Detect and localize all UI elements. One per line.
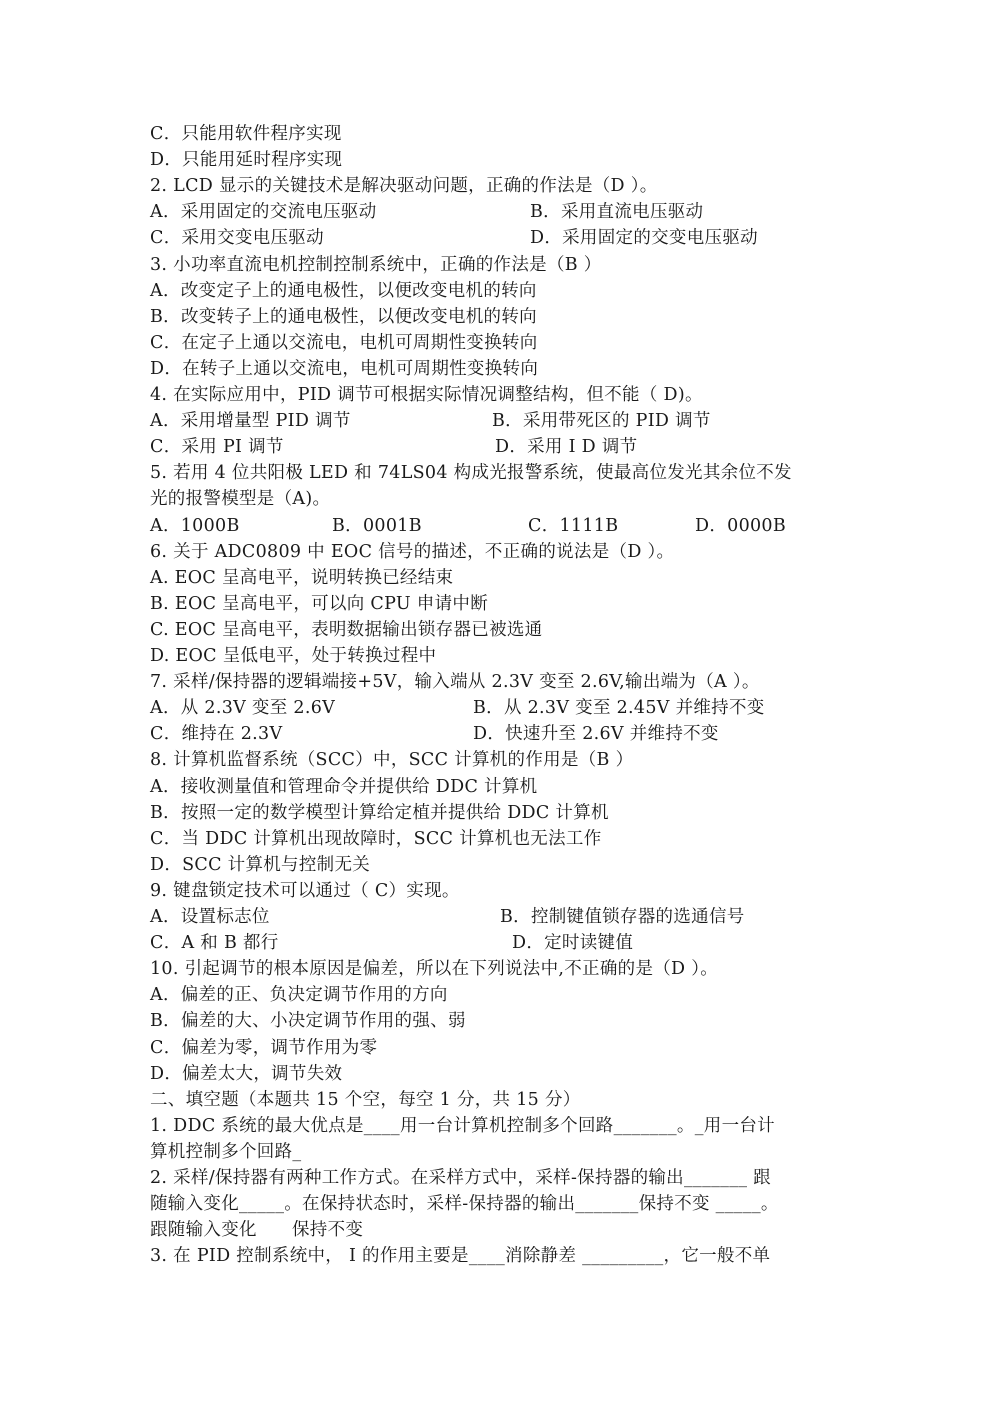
text-line: B．改变转子上的通电极性，以便改变电机的转向 bbox=[150, 304, 537, 330]
option-right: B．采用直流电压驱动 bbox=[530, 199, 703, 225]
text-line: A．从 2.3V 变至 2.6VB．从 2.3V 变至 2.45V 并维持不变 bbox=[150, 695, 870, 721]
text-line: D．偏差太大，调节失效 bbox=[150, 1061, 342, 1087]
option-left: C．采用 PI 调节 bbox=[150, 434, 284, 460]
text-line: 二、填空题（本题共 15 个空，每空 1 分，共 15 分） bbox=[150, 1087, 581, 1113]
text-line: 8. 计算机监督系统（SCC）中，SCC 计算机的作用是（B ） bbox=[150, 747, 633, 773]
option-left: C．维持在 2.3V bbox=[150, 721, 282, 747]
text-line: 3. 在 PID 控制系统中， I 的作用主要是____消除静差 _______… bbox=[150, 1243, 770, 1269]
text-line: C．A 和 B 都行D．定时读键值 bbox=[150, 930, 870, 956]
text-line: 2. LCD 显示的关键技术是解决驱动问题，正确的作法是（D ）。 bbox=[150, 173, 658, 199]
text-line: 随输入变化_____。在保持状态时，采样-保持器的输出_______保持不变 _… bbox=[150, 1191, 779, 1217]
text-line: D．SCC 计算机与控制无关 bbox=[150, 852, 370, 878]
option-left: C．采用交变电压驱动 bbox=[150, 225, 324, 251]
option-right: D．快速升至 2.6V 并维持不变 bbox=[473, 721, 719, 747]
text-line: A．改变定子上的通电极性，以便改变电机的转向 bbox=[150, 278, 537, 304]
text-line: 7. 采样/保持器的逻辑端接+5V，输入端从 2.3V 变至 2.6V,输出端为… bbox=[150, 669, 760, 695]
text-line: C．当 DDC 计算机出现故障时，SCC 计算机也无法工作 bbox=[150, 826, 602, 852]
text-line: 10. 引起调节的根本原因是偏差，所以在下列说法中,不正确的是（D ）。 bbox=[150, 956, 718, 982]
text-line: 光的报警模型是（A)。 bbox=[150, 486, 330, 512]
option: B．0001B bbox=[332, 513, 422, 539]
text-line: 跟随输入变化 保持不变 bbox=[150, 1217, 363, 1243]
text-line: A. EOC 呈高电平，说明转换已经结束 bbox=[150, 565, 453, 591]
text-line: 算机控制多个回路_ bbox=[150, 1139, 301, 1165]
option-left: A．采用增量型 PID 调节 bbox=[150, 408, 351, 434]
text-line: D．在转子上通以交流电，电机可周期性变换转向 bbox=[150, 356, 538, 382]
text-line: C. EOC 呈高电平，表明数据输出锁存器已被选通 bbox=[150, 617, 542, 643]
option: D．0000B bbox=[695, 513, 786, 539]
text-line: 4. 在实际应用中，PID 调节可根据实际情况调整结构，但不能（ D)。 bbox=[150, 382, 703, 408]
text-line: A．采用固定的交流电压驱动B．采用直流电压驱动 bbox=[150, 199, 870, 225]
text-line: C．在定子上通以交流电，电机可周期性变换转向 bbox=[150, 330, 538, 356]
text-line: 9. 键盘锁定技术可以通过（ C）实现。 bbox=[150, 878, 460, 904]
text-line: B．按照一定的数学模型计算给定植并提供给 DDC 计算机 bbox=[150, 800, 609, 826]
text-line: C．只能用软件程序实现 bbox=[150, 121, 342, 147]
text-line: C．偏差为零，调节作用为零 bbox=[150, 1035, 377, 1061]
option-right: D．采用固定的交变电压驱动 bbox=[530, 225, 758, 251]
text-line: A．1000BB．0001BC．1111BD．0000B bbox=[150, 513, 870, 539]
text-line: A．设置标志位B．控制键值锁存器的选通信号 bbox=[150, 904, 870, 930]
text-line: 5. 若用 4 位共阳极 LED 和 74LS04 构成光报警系统，使最高位发光… bbox=[150, 460, 792, 486]
text-line: A．接收测量值和管理命令并提供给 DDC 计算机 bbox=[150, 774, 537, 800]
text-line: C．采用交变电压驱动D．采用固定的交变电压驱动 bbox=[150, 225, 870, 251]
option-left: A．从 2.3V 变至 2.6V bbox=[150, 695, 335, 721]
option-left: A．采用固定的交流电压驱动 bbox=[150, 199, 377, 225]
text-line: A．偏差的正、负决定调节作用的方向 bbox=[150, 982, 448, 1008]
option: C．1111B bbox=[528, 513, 618, 539]
text-line: 6. 关于 ADC0809 中 EOC 信号的描述，不正确的说法是（D ）。 bbox=[150, 539, 674, 565]
option-right: D．定时读键值 bbox=[512, 930, 633, 956]
option-right: D．采用 I D 调节 bbox=[495, 434, 637, 460]
option-right: B．从 2.3V 变至 2.45V 并维持不变 bbox=[473, 695, 765, 721]
text-line: C．维持在 2.3VD．快速升至 2.6V 并维持不变 bbox=[150, 721, 870, 747]
text-line: 2. 采样/保持器有两种工作方式。在采样方式中，采样-保持器的输出_______… bbox=[150, 1165, 771, 1191]
option: A．1000B bbox=[150, 513, 240, 539]
text-line: 1. DDC 系统的最大优点是____用一台计算机控制多个回路_______。_… bbox=[150, 1113, 775, 1139]
option-right: B．控制键值锁存器的选通信号 bbox=[500, 904, 745, 930]
text-line: D．只能用延时程序实现 bbox=[150, 147, 342, 173]
text-line: C．采用 PI 调节D．采用 I D 调节 bbox=[150, 434, 870, 460]
text-line: 3. 小功率直流电机控制控制系统中，正确的作法是（B ） bbox=[150, 252, 602, 278]
option-left: A．设置标志位 bbox=[150, 904, 270, 930]
text-line: A．采用增量型 PID 调节B．采用带死区的 PID 调节 bbox=[150, 408, 870, 434]
text-line: B．偏差的大、小决定调节作用的强、弱 bbox=[150, 1008, 466, 1034]
document-page: C．只能用软件程序实现D．只能用延时程序实现2. LCD 显示的关键技术是解决驱… bbox=[0, 0, 1000, 1414]
text-line: B. EOC 呈高电平，可以向 CPU 申请中断 bbox=[150, 591, 488, 617]
text-line: D. EOC 呈低电平，处于转换过程中 bbox=[150, 643, 436, 669]
option-right: B．采用带死区的 PID 调节 bbox=[492, 408, 711, 434]
option-left: C．A 和 B 都行 bbox=[150, 930, 279, 956]
